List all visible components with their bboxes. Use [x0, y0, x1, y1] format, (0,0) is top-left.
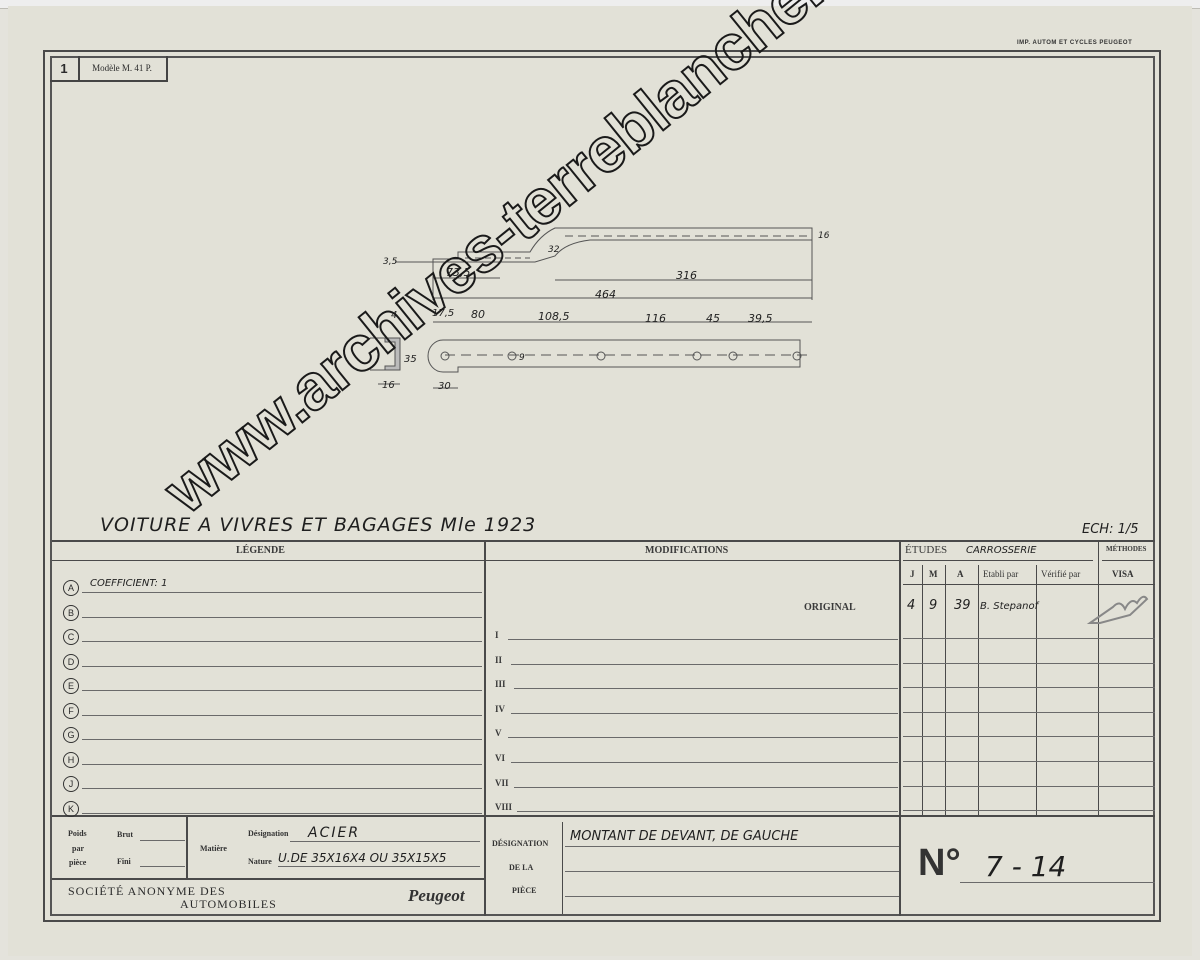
modification-row-label: II: [495, 655, 502, 665]
svg-text:464: 464: [595, 288, 616, 301]
svg-text:30: 30: [438, 381, 451, 392]
legende-key: A: [63, 580, 79, 596]
original-label: ORIGINAL: [804, 602, 856, 613]
col-divider-j: [922, 565, 923, 815]
modification-row-label: VI: [495, 753, 505, 763]
company-line-2: AUTOMOBILES: [180, 897, 277, 912]
col-divider-a: [978, 565, 979, 815]
legende-line: [82, 764, 482, 765]
designation-line-1: [565, 846, 899, 847]
entry-month: 9: [929, 598, 937, 613]
etudes-row-line: [903, 786, 1155, 787]
fini-field: [140, 866, 185, 867]
svg-text:108,5: 108,5: [538, 310, 570, 323]
modifications-etudes-divider: [899, 540, 901, 916]
modification-row-label: VII: [495, 778, 509, 788]
designation-line-2: [565, 871, 899, 872]
legende-key: G: [63, 727, 79, 743]
nature-field-line: [278, 866, 480, 867]
col-j: J: [910, 569, 915, 579]
brut-field: [140, 840, 185, 841]
designation-piece-value: MONTANT DE DEVANT, DE GAUCHE: [570, 829, 798, 844]
col-visa: VISA: [1112, 569, 1134, 579]
header-divider: [52, 560, 900, 561]
modification-row-line: [514, 787, 898, 788]
entry-etabli-par: B. Stepanof: [980, 601, 1038, 612]
modification-row-line: [511, 664, 898, 665]
designation-piece-label-2: DE LA: [509, 863, 533, 872]
modification-row-line: [508, 737, 898, 738]
legende-key: E: [63, 678, 79, 694]
svg-text:9: 9: [519, 353, 525, 363]
svg-text:316: 316: [676, 269, 697, 282]
etudes-row-line: [903, 638, 1155, 639]
modification-row-line: [517, 811, 898, 812]
svg-text:35: 35: [404, 354, 417, 365]
legende-line: [82, 788, 482, 789]
legende-key: H: [63, 752, 79, 768]
numero-line: [960, 882, 1155, 883]
col-divider-m: [945, 565, 946, 815]
piece-label: pièce: [69, 858, 86, 867]
legende-line: [82, 813, 482, 814]
matiere-label: Matière: [200, 844, 227, 853]
modification-row-line: [511, 762, 898, 763]
svg-text:73,5: 73,5: [446, 266, 471, 279]
modification-row-label: IV: [495, 704, 505, 714]
legende-key: K: [63, 801, 79, 817]
peugeot-logo: Peugeot: [408, 886, 465, 906]
modification-row-label: I: [495, 630, 499, 640]
col-etabli: Etabli par: [983, 569, 1018, 579]
modification-row-label: III: [495, 679, 506, 689]
designation-bracket: [562, 822, 563, 914]
svg-text:16: 16: [382, 380, 395, 391]
legende-key: D: [63, 654, 79, 670]
legende-line: [82, 592, 482, 593]
drawing-title: VOITURE A VIVRES ET BAGAGES Mle 1923: [100, 514, 536, 536]
legende-modifications-divider: [484, 540, 486, 916]
legende-key: C: [63, 629, 79, 645]
designation-field-line: [290, 841, 480, 842]
svg-text:32: 32: [548, 245, 560, 255]
poids-matiere-divider: [186, 815, 188, 878]
numero-value: 7 - 14: [985, 850, 1066, 883]
etudes-subheader-line: [903, 560, 1093, 561]
legende-key: B: [63, 605, 79, 621]
modification-row-line: [508, 639, 898, 640]
numero-prefix: N°: [918, 842, 961, 885]
svg-text:39,5: 39,5: [748, 312, 773, 325]
etudes-service: CARROSSERIE: [966, 545, 1036, 556]
designation-piece-label-3: PIÈCE: [512, 886, 536, 895]
svg-text:80: 80: [471, 308, 485, 321]
modification-row-label: V: [495, 728, 502, 738]
svg-text:45: 45: [706, 312, 720, 325]
brut-label: Brut: [117, 830, 133, 839]
footer-top-border: [52, 815, 1155, 817]
legende-key: F: [63, 703, 79, 719]
designation-piece-label-1: DÉSIGNATION: [492, 839, 548, 848]
company-divider: [52, 878, 485, 880]
col-verifie: Vérifié par: [1041, 569, 1080, 579]
col-a: A: [957, 569, 964, 579]
nature-value: U.DE 35X16X4 OU 35X15X5: [278, 851, 446, 865]
modifications-header: MODIFICATIONS: [645, 545, 728, 556]
svg-text:4: 4: [391, 310, 397, 321]
entry-year: 39: [954, 598, 971, 613]
etudes-header: ÉTUDES: [905, 544, 947, 556]
etudes-row-line: [903, 761, 1155, 762]
svg-text:3,5: 3,5: [383, 257, 398, 267]
scale-label: ECH: 1/5: [1082, 522, 1139, 537]
visa-signature: [1085, 585, 1155, 630]
modification-row-line: [511, 713, 898, 714]
etudes-row-line: [903, 712, 1155, 713]
legende-line: [82, 641, 482, 642]
fini-label: Fini: [117, 857, 131, 866]
nature-label: Nature: [248, 857, 272, 866]
par-label: par: [72, 844, 84, 853]
designation-line-3: [565, 896, 899, 897]
svg-text:116: 116: [645, 312, 666, 325]
svg-text:16: 16: [818, 231, 830, 241]
legende-line: [82, 739, 482, 740]
etudes-row-line: [903, 810, 1155, 811]
methodes-subheader-line: [1102, 560, 1154, 561]
poids-label: Poids: [68, 829, 87, 838]
legende-line: [82, 666, 482, 667]
legende-line: [82, 690, 482, 691]
col-m: M: [929, 569, 938, 579]
modification-row-label: VIII: [495, 802, 512, 812]
svg-text:17,5: 17,5: [432, 308, 454, 319]
methodes-divider: [1098, 540, 1099, 815]
etudes-row-line: [903, 736, 1155, 737]
legende-line: [82, 617, 482, 618]
modification-row-line: [514, 688, 898, 689]
legende-key: J: [63, 776, 79, 792]
legende-line: [82, 715, 482, 716]
designation-label: Désignation: [248, 829, 288, 838]
methodes-header: MÉTHODES: [1106, 545, 1146, 553]
table-top-border: [52, 540, 1155, 542]
entry-day: 4: [907, 598, 915, 613]
etudes-row-line: [903, 663, 1155, 664]
designation-value: ACIER: [308, 825, 360, 841]
legende-text: COEFFICIENT: 1: [90, 578, 167, 589]
legende-header: LÉGENDE: [236, 545, 285, 556]
etudes-row-line: [903, 687, 1155, 688]
